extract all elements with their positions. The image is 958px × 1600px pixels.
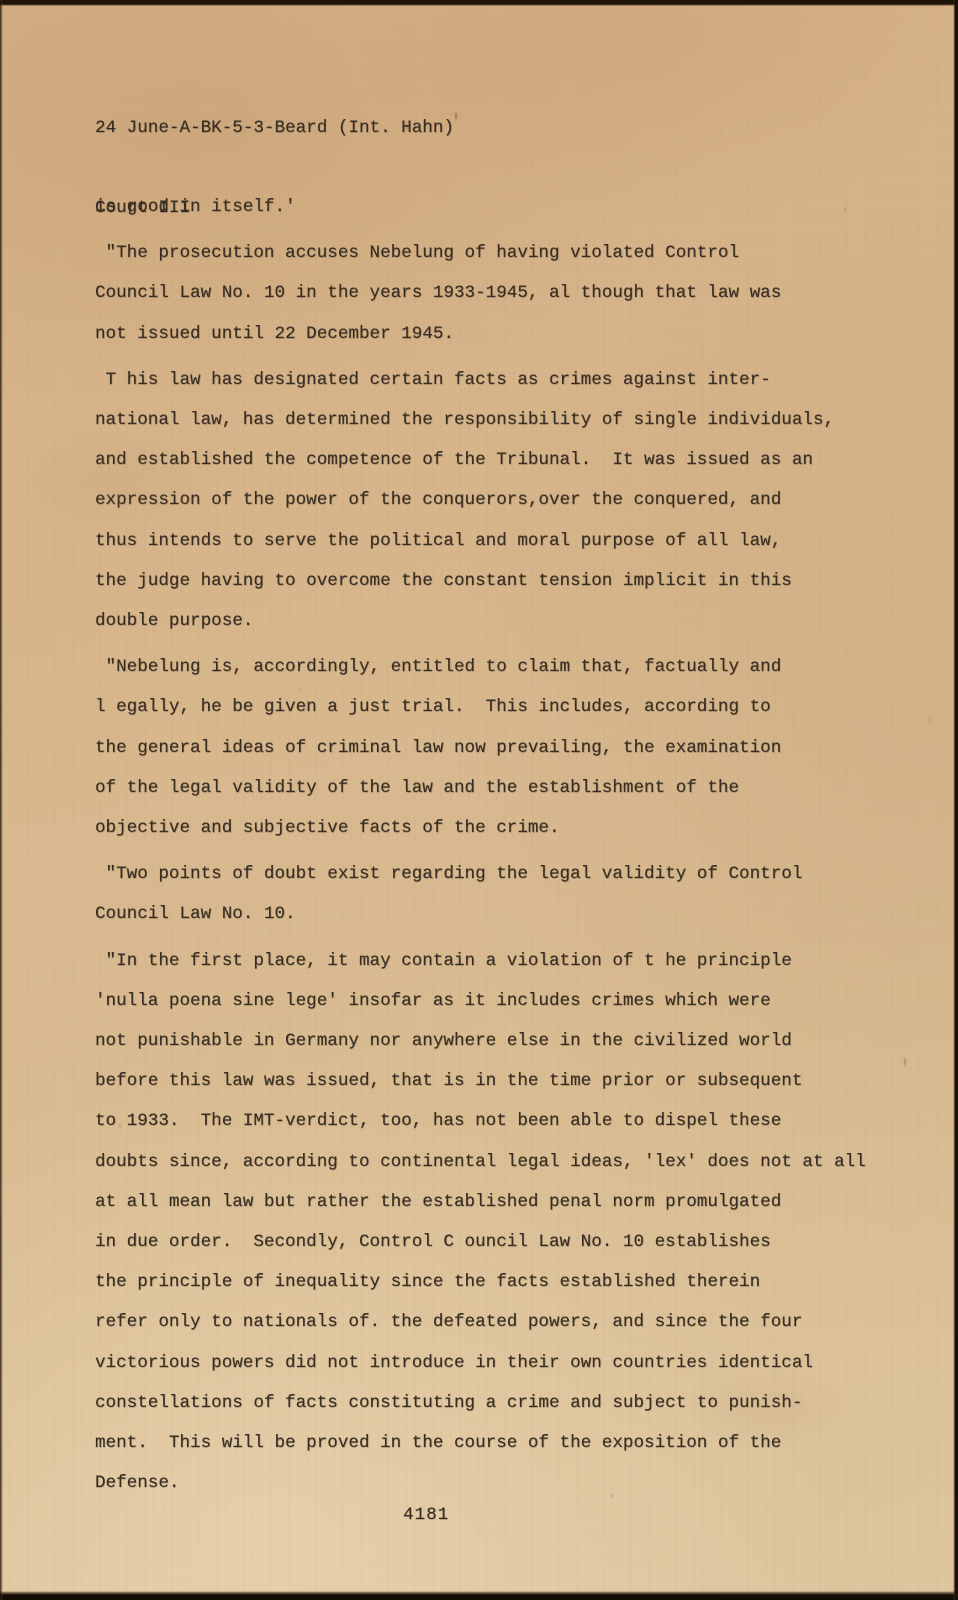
text-line: the general ideas of criminal law now pr… (95, 728, 915, 768)
text-line: "The prosecution accuses Nebelung of hav… (95, 233, 915, 273)
paragraph: "The prosecution accuses Nebelung of hav… (95, 233, 915, 354)
paragraph: "In the first place, it may contain a vi… (95, 941, 915, 1504)
text-line: Council Law No. 10. (95, 894, 915, 934)
paragraph: T his law has designated certain facts a… (95, 360, 915, 641)
text-line: victorious powers did not introduce in t… (95, 1343, 915, 1383)
text-line: double purpose. (95, 601, 915, 641)
text-line: thus intends to serve the political and … (95, 521, 915, 561)
text-line: national law, has determined the respons… (95, 400, 915, 440)
text-line: 'nulla poena sine lege' insofar as it in… (95, 981, 915, 1021)
text-line: objective and subjective facts of the cr… (95, 808, 915, 848)
text-line: expression of the power of the conqueror… (95, 480, 915, 520)
page-number: 4181 (403, 1500, 449, 1530)
scan-edge-top (0, 0, 958, 6)
text-line: Defense. (95, 1463, 915, 1503)
text-line: Council Law No. 10 in the years 1933-194… (95, 273, 915, 313)
text-line: to 1933. The IMT-verdict, too, has not b… (95, 1101, 915, 1141)
scan-edge-right (953, 0, 958, 1600)
scan-edge-bottom (0, 1591, 958, 1600)
text-line: the judge having to overcome the constan… (95, 561, 915, 601)
text-line: not issued until 22 December 1945. (95, 314, 915, 354)
scan-edge-left (0, 0, 3, 1600)
scanned-document-page: 24 June-A-BK-5-3-Beard (Int. Hahn) Court… (0, 0, 958, 1600)
text-line: constellations of facts constituting a c… (95, 1383, 915, 1423)
text-line: "Nebelung is, accordingly, entitled to c… (95, 647, 915, 687)
text-line: "Two points of doubt exist regarding the… (95, 854, 915, 894)
text-line: l egally, he be given a just trial. This… (95, 687, 915, 727)
text-line: doubts since, according to continental l… (95, 1142, 915, 1182)
header-reference-line: 24 June-A-BK-5-3-Beard (Int. Hahn) (95, 115, 454, 142)
paragraph: "Nebelung is, accordingly, entitled to c… (95, 647, 915, 848)
text-line: ment. This will be proved in the course … (95, 1423, 915, 1463)
text-line: and established the competence of the Tr… (95, 440, 915, 480)
text-line: "In the first place, it may contain a vi… (95, 941, 915, 981)
text-line: not punishable in Germany nor anywhere e… (95, 1021, 915, 1061)
text-line: before this law was issued, that is in t… (95, 1061, 915, 1101)
paragraph: "Two points of doubt exist regarding the… (95, 854, 915, 934)
text-line: is good in itself.' (95, 187, 915, 227)
paragraph: is good in itself.' (95, 187, 915, 227)
document-body: is good in itself.' "The prosecution acc… (95, 187, 915, 1504)
text-line: T his law has designated certain facts a… (95, 360, 915, 400)
text-line: of the legal validity of the law and the… (95, 768, 915, 808)
text-line: refer only to nationals of. the defeated… (95, 1302, 915, 1342)
text-line: the principle of inequality since the fa… (95, 1262, 915, 1302)
text-line: at all mean law but rather the establish… (95, 1182, 915, 1222)
text-line: in due order. Secondly, Control C ouncil… (95, 1222, 915, 1262)
